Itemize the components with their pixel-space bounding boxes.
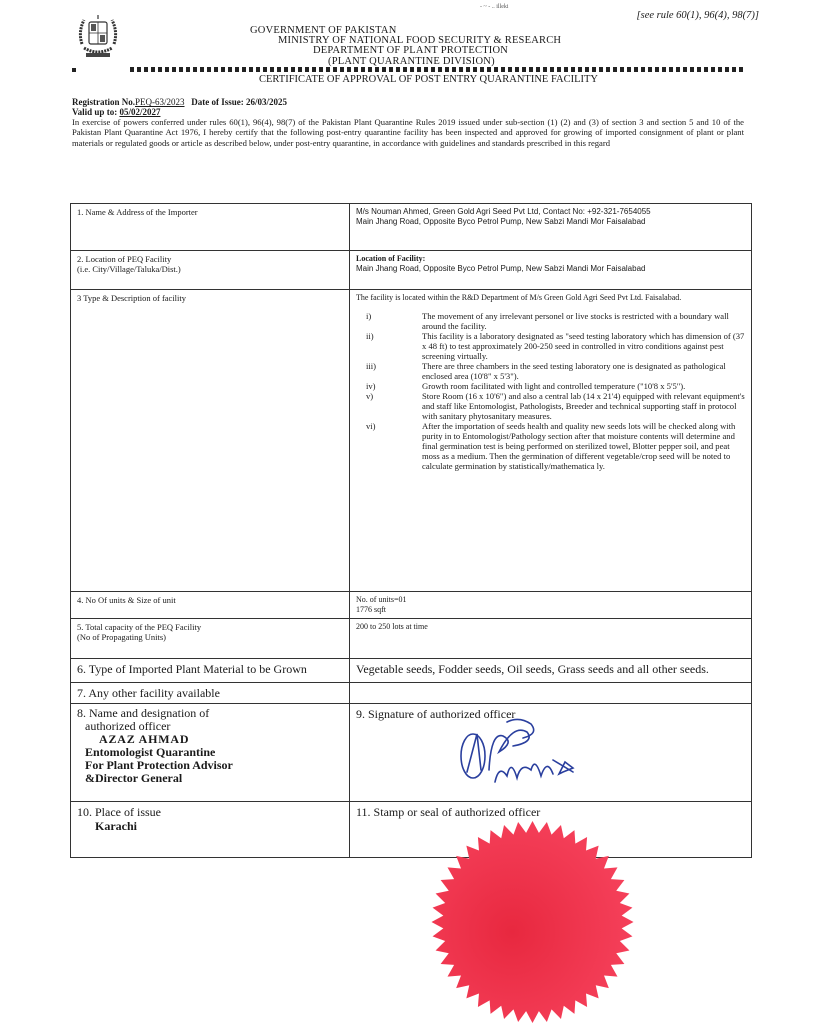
table-row: 3 Type & Description of facility The fac…: [71, 290, 752, 592]
capacity-label: 5. Total capacity of the PEQ Facility (N…: [71, 619, 350, 659]
table-row: 10. Place of issue Karachi 11. Stamp or …: [71, 802, 752, 858]
plant-material-value: Vegetable seeds, Fodder seeds, Oil seeds…: [350, 659, 752, 683]
location-address: Main Jhang Road, Opposite Byco Petrol Pu…: [356, 264, 745, 274]
signature-icon: [455, 712, 605, 792]
divider-dot: [72, 68, 76, 72]
valid-date: 05/02/2027: [119, 107, 160, 117]
table-row: 7. Any other facility available: [71, 683, 752, 704]
list-item: iv)Growth room facilitated with light an…: [366, 381, 745, 391]
registration-label: Registration No.: [72, 97, 135, 107]
stamp-label: 11. Stamp or seal of authorized officer: [356, 805, 540, 819]
list-item: v)Store Room (16 x 10'6") and also a cen…: [366, 391, 745, 421]
facility-description: The facility is located within the R&D D…: [350, 290, 752, 592]
issue-date-label: Date of Issue:: [191, 97, 244, 107]
list-item: i)The movement of any irrelevant persone…: [366, 311, 745, 331]
dotted-divider: [130, 67, 746, 72]
list-item: ii)This facility is a laboratory designa…: [366, 331, 745, 361]
list-item: iii)There are three chambers in the seed…: [366, 361, 745, 381]
table-row: 1. Name & Address of the Importer M/s No…: [71, 204, 752, 251]
rule-reference: [see rule 60(1), 96(4), 98(7)]: [637, 10, 759, 21]
capacity-value: 200 to 250 lots at time: [350, 619, 752, 659]
units-value: No. of units=01 1776 sqft: [350, 592, 752, 619]
plant-material-label: 6. Type of Imported Plant Material to be…: [71, 659, 350, 683]
table-row: 5. Total capacity of the PEQ Facility (N…: [71, 619, 752, 659]
table-row: 6. Type of Imported Plant Material to be…: [71, 659, 752, 683]
importer-value: M/s Nouman Ahmed, Green Gold Agri Seed P…: [350, 204, 752, 251]
place-of-issue: 10. Place of issue Karachi: [71, 802, 350, 858]
registration-block: Registration No.PEQ-63/2023 Date of Issu…: [72, 97, 287, 117]
issue-date: 26/03/2025: [246, 97, 287, 107]
units-label: 4. No Of units & Size of unit: [71, 592, 350, 619]
location-value: Location of Facility: Main Jhang Road, O…: [350, 251, 752, 290]
registration-number: PEQ-63/2023: [135, 97, 185, 107]
valid-label: Valid up to:: [72, 107, 117, 117]
handwritten-mark: - ~ - .. illeki: [480, 4, 509, 10]
table-row: 4. No Of units & Size of unit No. of uni…: [71, 592, 752, 619]
certificate-title: CERTIFICATE OF APPROVAL OF POST ENTRY QU…: [259, 74, 598, 85]
officer-block: 8. Name and designation of authorized of…: [71, 704, 350, 802]
importer-name: M/s Nouman Ahmed, Green Gold Agri Seed P…: [356, 207, 745, 217]
header-department: DEPARTMENT OF PLANT PROTECTION: [313, 45, 819, 56]
intro-paragraph: In exercise of powers conferred under ru…: [72, 117, 744, 148]
other-facility-value: [350, 683, 752, 704]
table-row: 8. Name and designation of authorized of…: [71, 704, 752, 802]
list-item: vi)After the importation of seeds health…: [366, 421, 745, 471]
facility-type-label: 3 Type & Description of facility: [71, 290, 350, 592]
other-facility-label: 7. Any other facility available: [71, 683, 350, 704]
location-label: 2. Location of PEQ Facility (i.e. City/V…: [71, 251, 350, 290]
official-seal-icon: [425, 820, 640, 1024]
state-emblem-icon: [76, 14, 120, 62]
facility-items: i)The movement of any irrelevant persone…: [366, 311, 745, 471]
location-heading: Location of Facility:: [356, 254, 745, 264]
importer-address: Main Jhang Road, Opposite Byco Petrol Pu…: [356, 217, 745, 227]
table-row: 2. Location of PEQ Facility (i.e. City/V…: [71, 251, 752, 290]
header-division: (PLANT QUARANTINE DIVISION): [328, 56, 819, 67]
place-value: Karachi: [95, 819, 343, 833]
importer-label: 1. Name & Address of the Importer: [71, 204, 350, 251]
facility-form-table: 1. Name & Address of the Importer M/s No…: [70, 203, 752, 858]
facility-intro: The facility is located within the R&D D…: [356, 293, 745, 303]
